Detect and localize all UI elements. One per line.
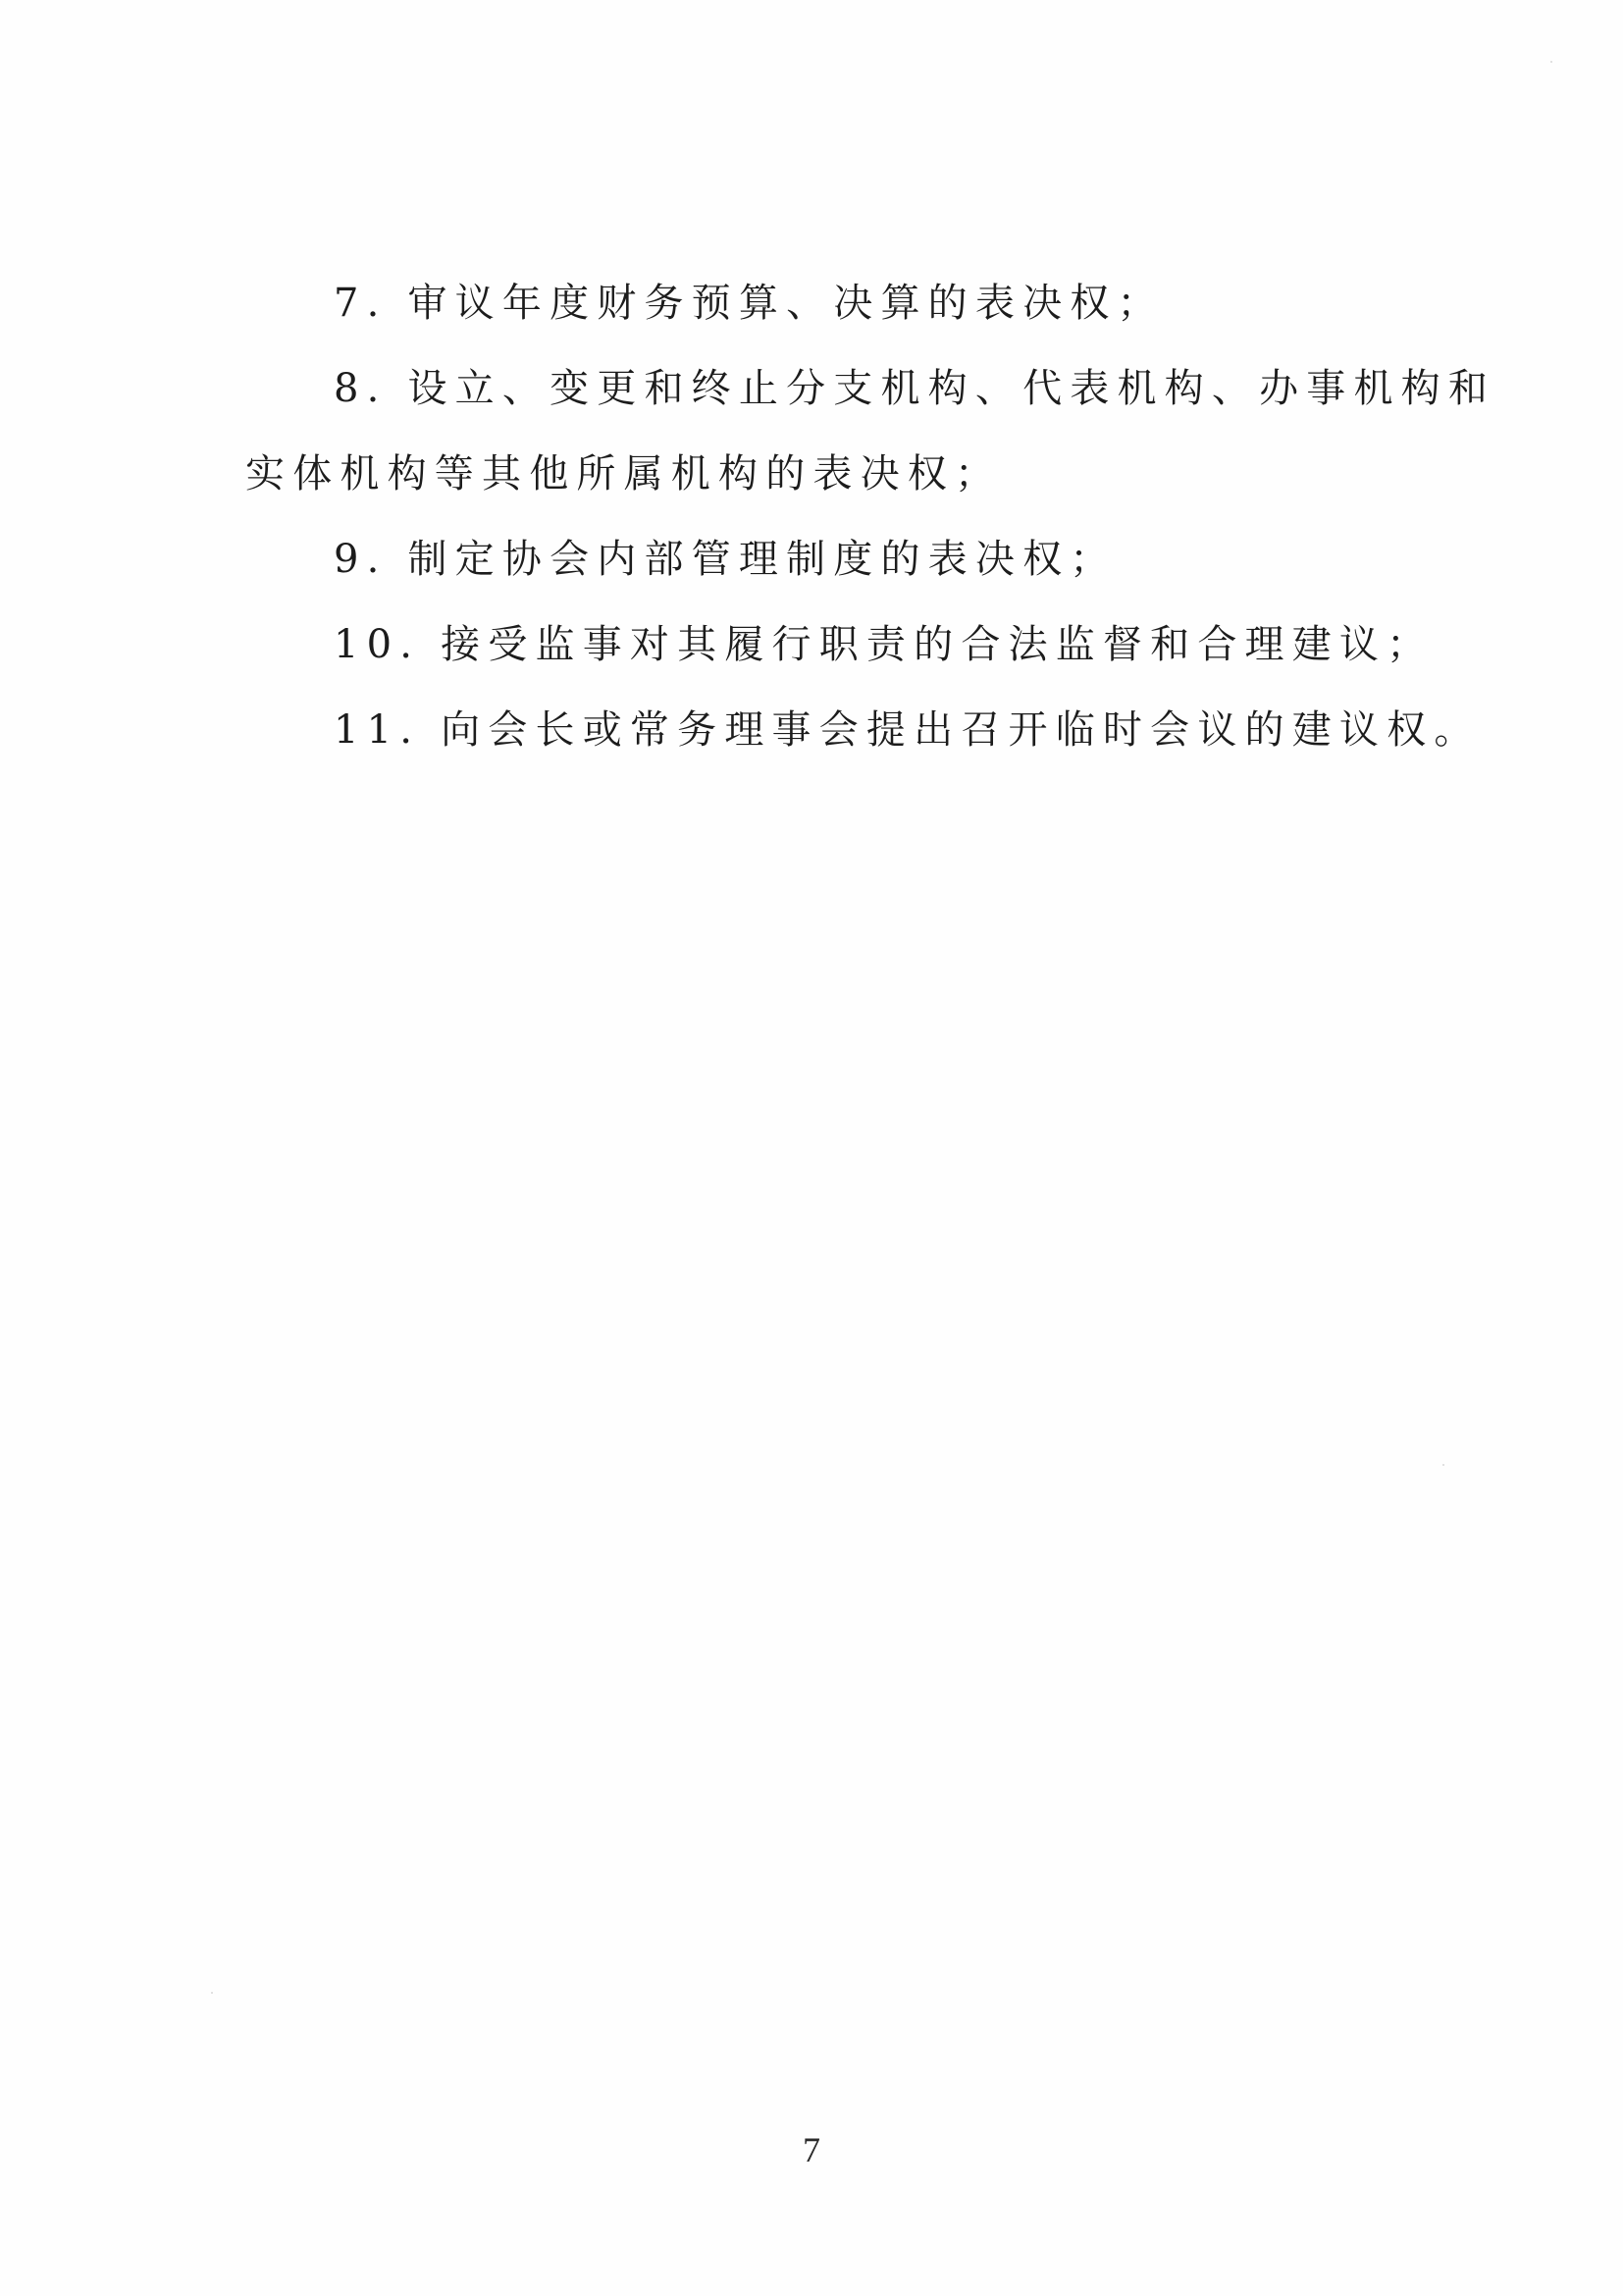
list-item-8-line-2: 实体机构等其他所属机构的表决权； [245, 432, 1384, 517]
list-item-11: 11. 向会长或常务理事会提出召开临时会议的建议权。 [245, 688, 1384, 773]
list-item-7-line-1: 7. 审议年度财务预算、决算的表决权； [245, 261, 1384, 346]
list-item-7: 7. 审议年度财务预算、决算的表决权； [245, 261, 1384, 346]
list-item-9: 9. 制定协会内部管理制度的表决权； [245, 517, 1384, 602]
list-item-10-line-1: 10. 接受监事对其履行职责的合法监督和合理建议； [245, 602, 1384, 688]
list-item-9-line-1: 9. 制定协会内部管理制度的表决权； [245, 517, 1384, 602]
list-item-10: 10. 接受监事对其履行职责的合法监督和合理建议； [245, 602, 1384, 688]
scan-speck [1550, 61, 1552, 63]
list-item-8: 8. 设立、变更和终止分支机构、代表机构、办事机构和 实体机构等其他所属机构的表… [245, 346, 1384, 517]
document-body: 7. 审议年度财务预算、决算的表决权； 8. 设立、变更和终止分支机构、代表机构… [245, 261, 1384, 773]
document-page: 7. 审议年度财务预算、决算的表决权； 8. 设立、变更和终止分支机构、代表机构… [0, 0, 1623, 2296]
list-item-11-line-1: 11. 向会长或常务理事会提出召开临时会议的建议权。 [245, 688, 1384, 773]
scan-speck [1442, 1464, 1444, 1466]
scan-speck [211, 1992, 213, 1994]
list-item-8-line-1: 8. 设立、变更和终止分支机构、代表机构、办事机构和 [245, 346, 1384, 432]
page-number: 7 [0, 2129, 1623, 2170]
